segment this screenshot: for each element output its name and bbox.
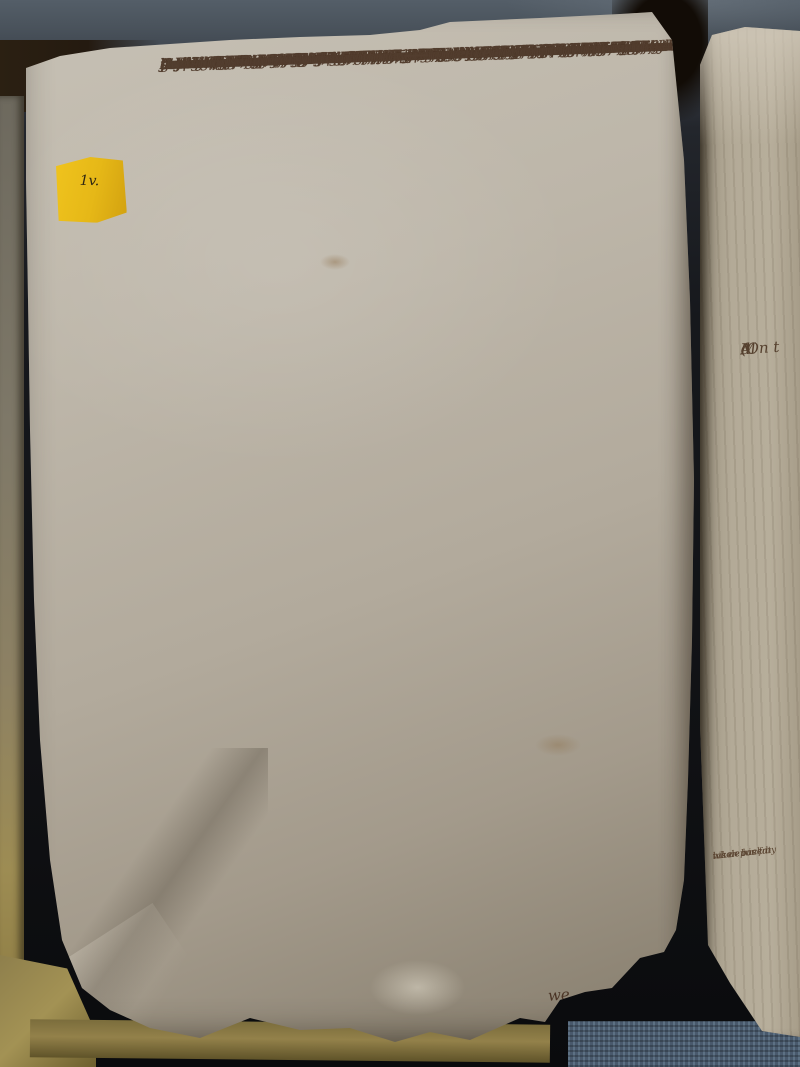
facing-page-fragment: d — [740, 339, 751, 361]
photograph-of-manuscript-book: (On tMAd his deponenttaken back bywhole … — [0, 0, 800, 1067]
stain — [370, 960, 465, 1015]
facing-page-fragments: (On tMAd — [740, 335, 800, 340]
manuscript-line: goods of the said Mr. fford are upon del… — [160, 37, 667, 74]
sticky-note-label: 1v. — [80, 173, 100, 189]
stain — [535, 734, 581, 756]
vellum-binding-left — [0, 96, 24, 1040]
sticky-note: 1v. — [53, 156, 127, 224]
facing-page-edge: (On tMAd his deponenttaken back bywhole … — [700, 25, 800, 1040]
margin-note-line: whole his fa — [712, 846, 768, 863]
stain — [320, 254, 350, 270]
margin-note: his deponenttaken back bywhole his fa — [712, 842, 800, 852]
